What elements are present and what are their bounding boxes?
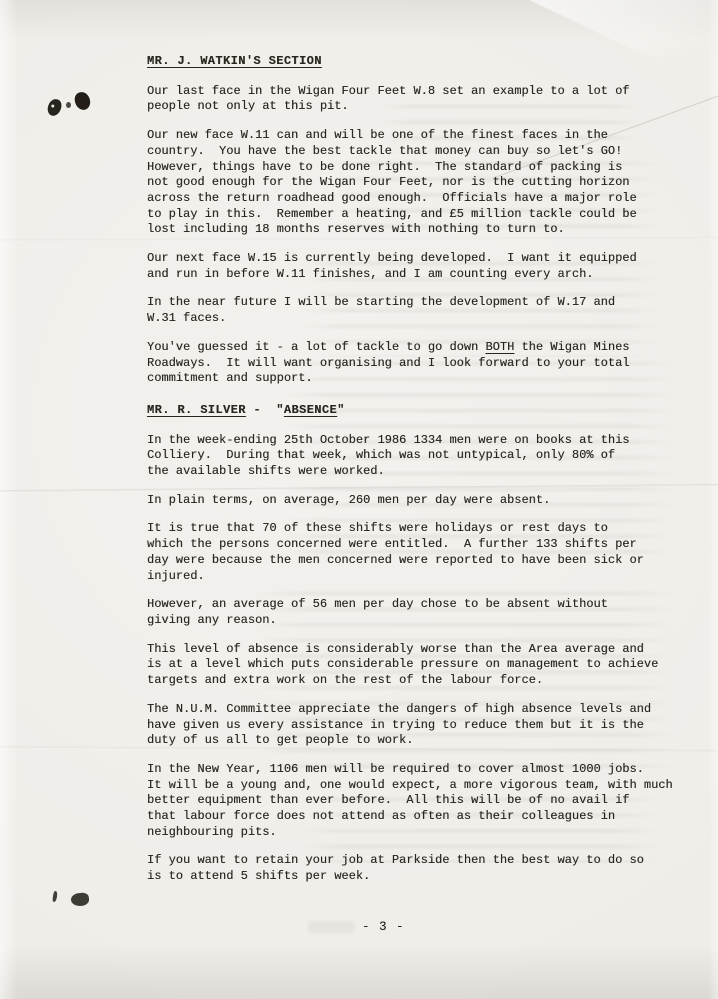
text-segment: - " bbox=[246, 403, 284, 417]
text-segment: The N.U.M. Committee appreciate the dang… bbox=[147, 702, 651, 747]
underlined-text: BOTH bbox=[485, 340, 514, 354]
text-segment: Our new face W.11 can and will be one of… bbox=[147, 128, 637, 236]
text-segment: You've guessed it - a lot of tackle to g… bbox=[147, 340, 485, 354]
paragraph: The N.U.M. Committee appreciate the dang… bbox=[147, 702, 692, 749]
text-segment: This level of absence is considerably wo… bbox=[147, 642, 658, 687]
text-segment: If you want to retain your job at Parksi… bbox=[147, 853, 644, 883]
text-segment: In the near future I will be starting th… bbox=[147, 295, 615, 325]
text-segment: In the week-ending 25th October 1986 133… bbox=[147, 433, 629, 478]
document-content: MR. J. WATKIN'S SECTIONOur last face in … bbox=[147, 54, 692, 898]
text-segment: Our next face W.15 is currently being de… bbox=[147, 251, 637, 281]
paragraph: If you want to retain your job at Parksi… bbox=[147, 853, 692, 884]
section-heading: MR. J. WATKIN'S SECTION bbox=[147, 54, 692, 70]
paragraph: In plain terms, on average, 260 men per … bbox=[147, 493, 692, 509]
underlined-text: MR. R. SILVER bbox=[147, 403, 246, 417]
text-segment: Our last face in the Wigan Four Feet W.8… bbox=[147, 84, 629, 114]
ink-mark bbox=[66, 102, 71, 108]
ink-mark bbox=[46, 98, 63, 118]
underlined-text: ABSENCE bbox=[284, 403, 337, 417]
paragraph: However, an average of 56 men per day ch… bbox=[147, 597, 692, 628]
ink-mark bbox=[70, 892, 89, 907]
paragraph: You've guessed it - a lot of tackle to g… bbox=[147, 340, 692, 387]
paragraph: Our last face in the Wigan Four Feet W.8… bbox=[147, 84, 692, 115]
ink-mark bbox=[74, 91, 92, 111]
scanned-typewritten-page: MR. J. WATKIN'S SECTIONOur last face in … bbox=[0, 0, 718, 999]
text-segment: In plain terms, on average, 260 men per … bbox=[147, 493, 550, 507]
ink-mark bbox=[52, 891, 57, 902]
text-segment: " bbox=[337, 403, 345, 417]
text-segment: In the New Year, 1106 men will be requir… bbox=[147, 762, 673, 839]
paragraph: In the New Year, 1106 men will be requir… bbox=[147, 762, 692, 841]
text-segment: It is true that 70 of these shifts were … bbox=[147, 521, 644, 582]
paragraph: Our new face W.11 can and will be one of… bbox=[147, 128, 692, 238]
text-segment: However, an average of 56 men per day ch… bbox=[147, 597, 608, 627]
document-section: MR. J. WATKIN'S SECTIONOur last face in … bbox=[147, 54, 692, 387]
paragraph: It is true that 70 of these shifts were … bbox=[147, 521, 692, 584]
section-heading: MR. R. SILVER - "ABSENCE" bbox=[147, 403, 692, 419]
paragraph: In the near future I will be starting th… bbox=[147, 295, 692, 326]
paragraph: In the week-ending 25th October 1986 133… bbox=[147, 433, 692, 480]
document-section: MR. R. SILVER - "ABSENCE"In the week-end… bbox=[147, 403, 692, 885]
bleed-through-page-number bbox=[308, 921, 354, 933]
page-number: - 3 - bbox=[362, 920, 405, 934]
paragraph: Our next face W.15 is currently being de… bbox=[147, 251, 692, 282]
underlined-text: MR. J. WATKIN'S SECTION bbox=[147, 54, 322, 68]
paragraph: This level of absence is considerably wo… bbox=[147, 642, 692, 689]
